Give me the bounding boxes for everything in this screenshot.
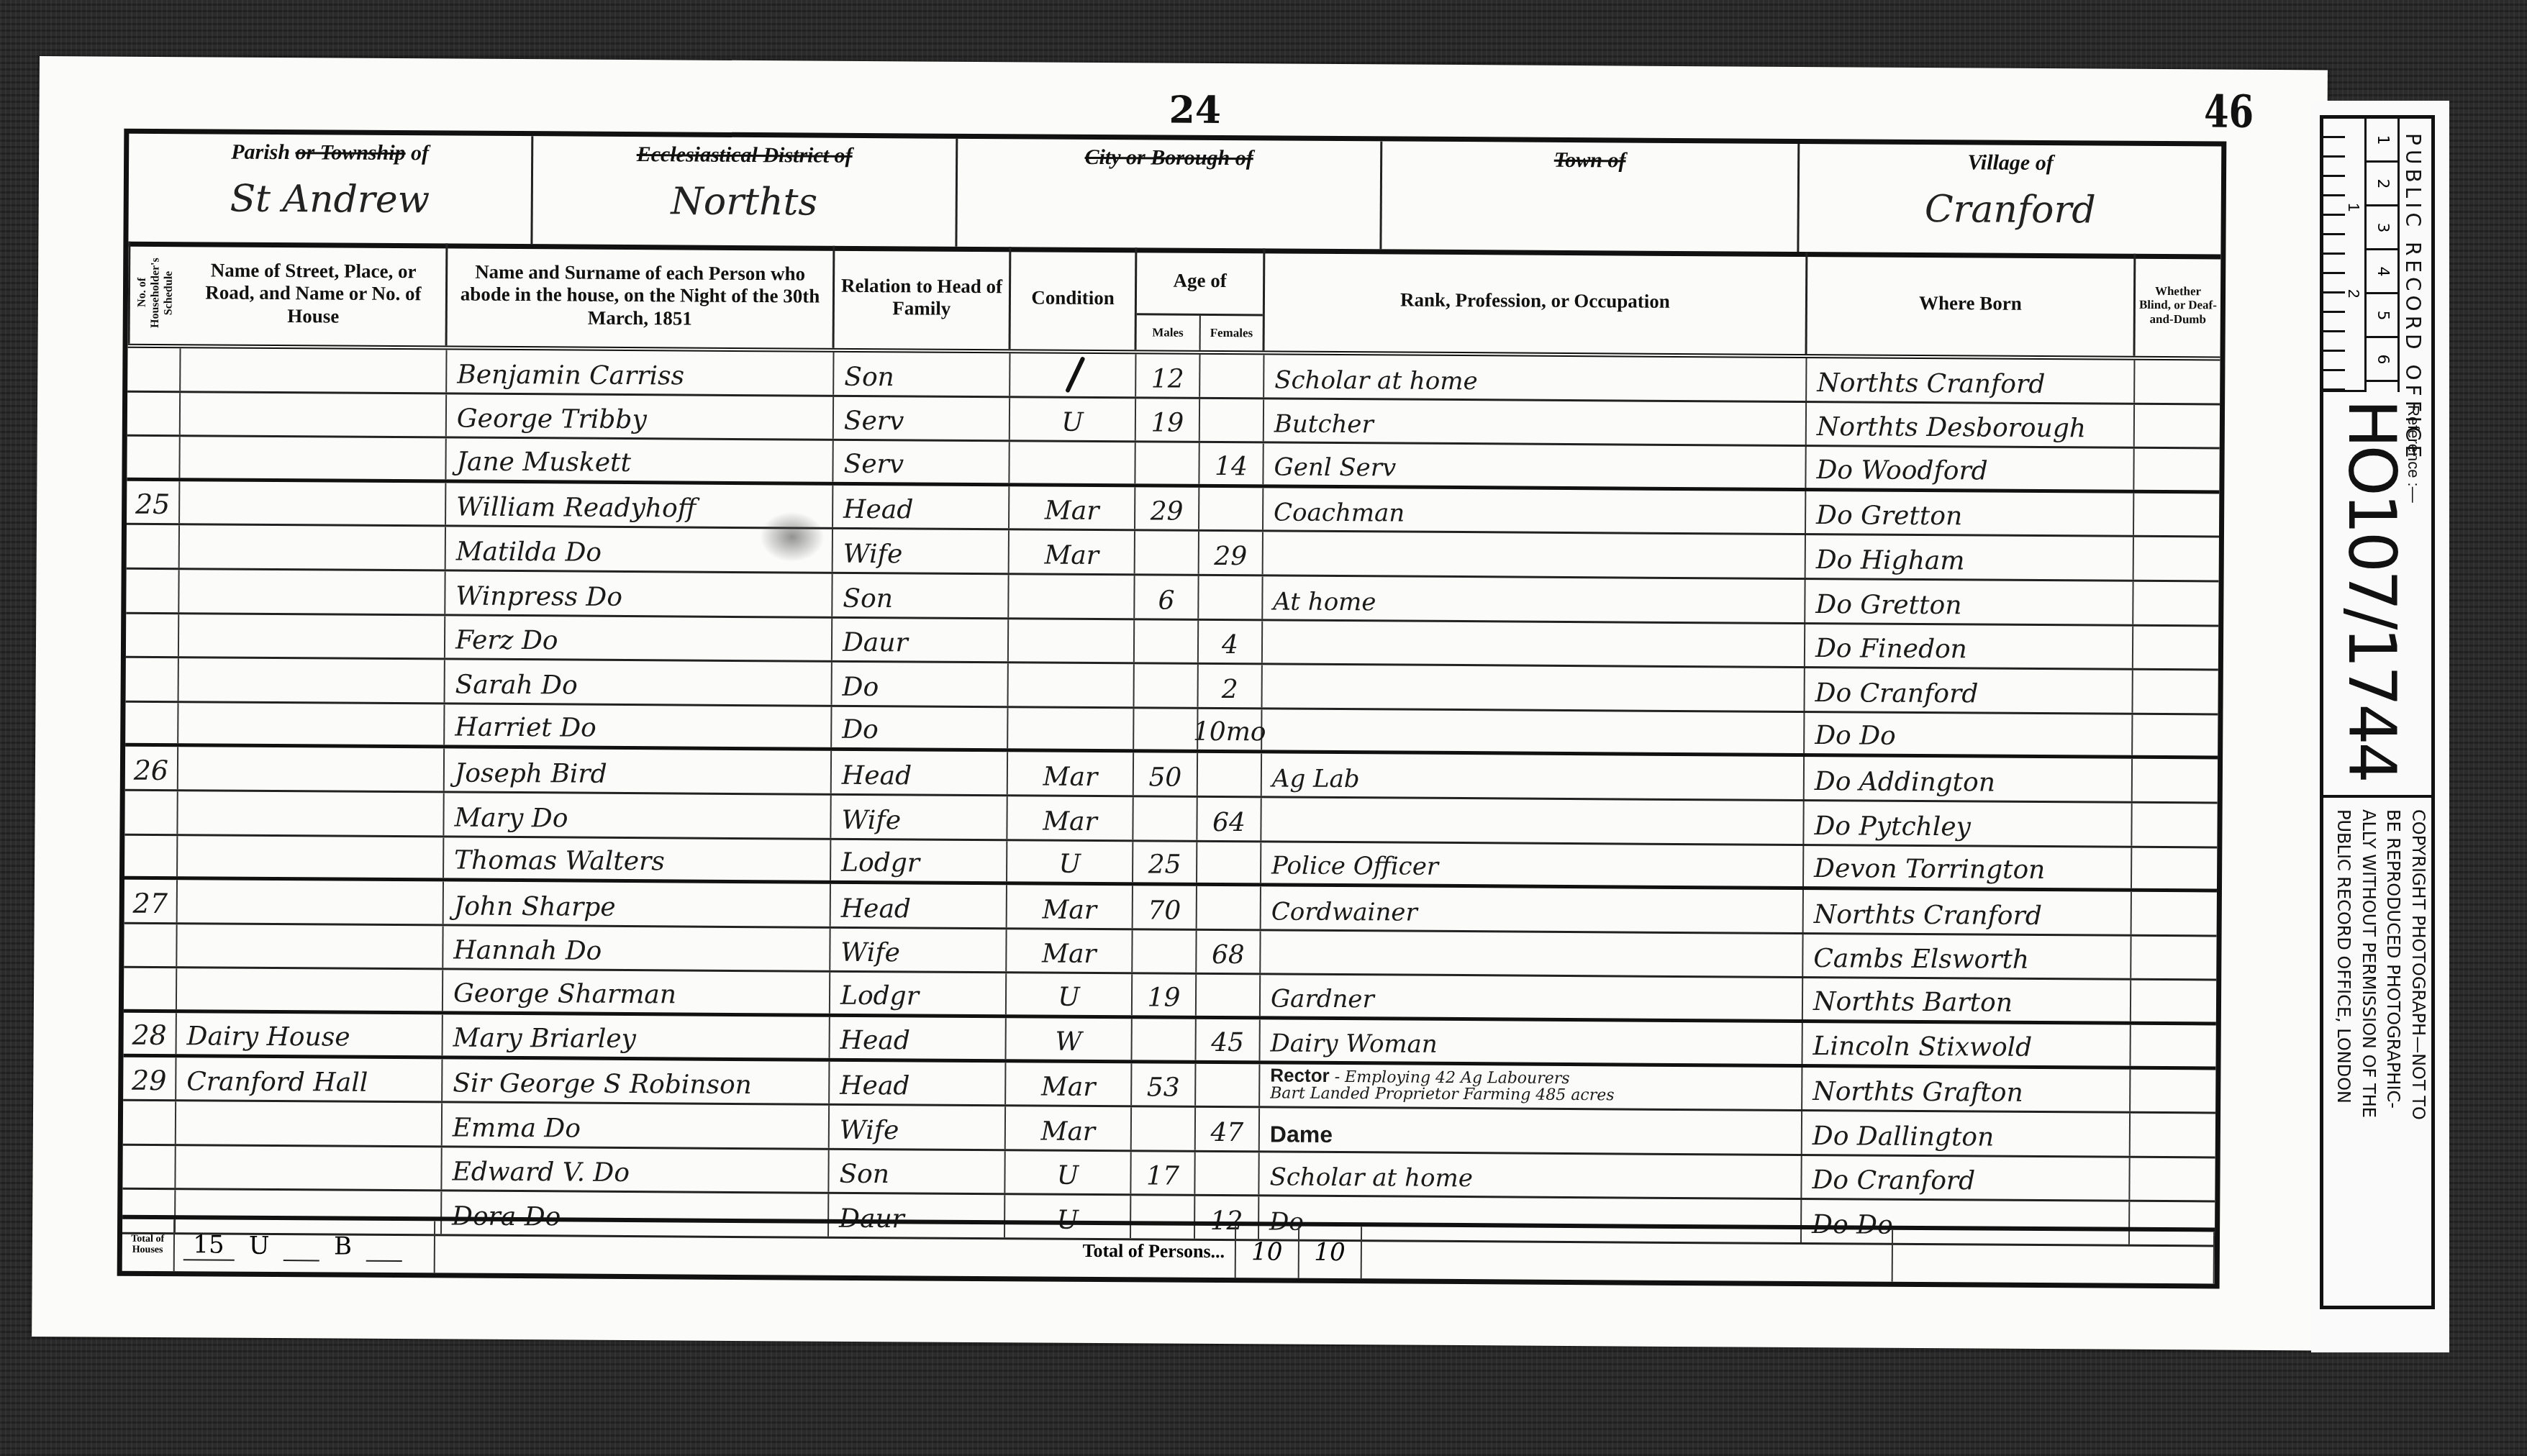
where-born-cell: Lincoln Stixwold (1802, 1023, 2131, 1065)
blind-cell (2133, 670, 2218, 713)
ink-smudge (760, 511, 825, 563)
male-age (1132, 1107, 1196, 1150)
village-value: Cranford (1800, 187, 2221, 233)
person-name: Jane Muskett (446, 439, 833, 482)
census-page: 24 46 Parish or Township of St Andrew Ec… (32, 56, 2328, 1350)
person-name: George Sharman (443, 970, 830, 1014)
person-name: George Tribby (447, 394, 834, 439)
blind-cell (2134, 537, 2219, 580)
occupation-cell: At home (1263, 576, 1805, 622)
occupation-cell: Butcher (1264, 399, 1807, 445)
where-born-cell: Northts Cranford (1804, 890, 2132, 934)
street-cell: Dairy House (177, 1013, 443, 1055)
village-cell: Village of Cranford (1799, 144, 2221, 255)
female-age: 2 (1199, 665, 1263, 707)
where-born-cell: Do Do (1805, 713, 2133, 755)
blind-cell (2133, 715, 2218, 756)
blind-cell (2134, 449, 2219, 490)
male-age: 53 (1132, 1063, 1196, 1106)
condition-cell (1009, 575, 1135, 618)
census-rows: Benjamin CarrissSon12Scholar at homeNort… (122, 348, 2220, 1247)
street-cell (177, 969, 443, 1011)
occupation-cell (1263, 532, 1806, 578)
reference-value: HO107/1744 (2333, 399, 2409, 781)
person-name: John Sharpe (444, 882, 831, 927)
public-record-office-label: 1 2 1 2 3 4 5 6 PUBLIC RECORD OFFICE Ref… (2311, 101, 2449, 1352)
where-born-cell: Do Cranford (1805, 668, 2133, 712)
relation-cell: Head (831, 884, 1007, 927)
male-age (1133, 797, 1197, 840)
condition-cell (1008, 708, 1134, 750)
schedule-cell: 26 (125, 747, 178, 789)
location-header: Parish or Township of St Andrew Ecclesia… (128, 134, 2221, 260)
male-age (1133, 1019, 1197, 1060)
occupation-cell: Scholar at home (1259, 1152, 1802, 1198)
person-name: Sarah Do (445, 660, 832, 705)
street-cell (180, 437, 446, 479)
street-cell (181, 393, 447, 437)
where-born-cell: Cambs Elsworth (1803, 934, 2131, 978)
schedule-cell: 27 (124, 880, 178, 922)
occupation-cell: Rector - Employing 42 Ag LabourersBart L… (1260, 1064, 1802, 1109)
town-cell: Town of (1382, 141, 1800, 252)
female-age: 10mo (1198, 709, 1262, 750)
where-born-cell: Do Gretton (1806, 491, 2134, 535)
blind-cell (2131, 937, 2216, 979)
scale-numbers: 1 2 3 4 5 6 (2367, 119, 2400, 392)
male-age (1135, 443, 1199, 484)
street-cell (180, 481, 446, 525)
street-cell (179, 614, 445, 658)
where-born-cell: Do Higham (1806, 535, 2134, 579)
male-age (1133, 930, 1197, 973)
reference-box: Reference :— HO107/1744 (2323, 392, 2431, 798)
where-born-cell: Do Cranford (1802, 1156, 2130, 1200)
schedule-cell (127, 525, 180, 568)
person-name: Joseph Bird (445, 749, 832, 793)
relation-cell: Serv (833, 441, 1010, 483)
female-age: 64 (1197, 798, 1261, 840)
col-name: Name and Surname of each Person who abod… (448, 243, 835, 347)
female-age: 68 (1197, 931, 1261, 973)
occupation-cell (1263, 665, 1805, 711)
col-street: Name of Street, Place, or Road, and Name… (181, 242, 448, 345)
totals-row: Total of Houses 15 U B Total of Persons.… (122, 1215, 2215, 1284)
schedule-cell (124, 968, 177, 1009)
street-cell (176, 1101, 443, 1145)
schedule-cell (124, 835, 178, 876)
female-age (1200, 399, 1264, 441)
where-born-cell: Do Woodford (1806, 447, 2134, 489)
total-persons-label: Total of Persons... (435, 1221, 1236, 1278)
schedule-cell (127, 392, 181, 434)
schedule-cell (122, 1145, 176, 1188)
person-name: Sir George S Robinson (443, 1059, 830, 1104)
schedule-cell (125, 702, 178, 743)
occupation-cell: Genl Serv (1263, 444, 1806, 488)
census-form: Parish or Township of St Andrew Ecclesia… (117, 129, 2227, 1289)
female-age: 47 (1196, 1108, 1260, 1150)
schedule-cell (124, 791, 178, 834)
col-blind: Whether Blind, or Deaf-and-Dumb (2136, 254, 2221, 357)
occupation-cell: Police Officer (1261, 842, 1804, 886)
city-borough-cell: City or Borough of (957, 139, 1382, 250)
blind-cell (2130, 1157, 2215, 1200)
col-age: Age of MalesFemales (1137, 247, 1266, 350)
street-cell (178, 747, 445, 791)
col-schedule: No. of Householder's Schedule (128, 242, 182, 344)
parish-value: St Andrew (129, 177, 531, 222)
occupation-cell: Ag Lab (1262, 754, 1805, 799)
female-age (1199, 488, 1263, 530)
where-born-cell: Northts Desborough (1807, 403, 2135, 447)
relation-cell: Lodgr (831, 840, 1007, 881)
schedule-cell (127, 437, 180, 478)
blind-cell (2134, 493, 2219, 536)
occupation-cell: Gardner (1261, 975, 1803, 1019)
female-age: 45 (1197, 1019, 1261, 1060)
female-age (1197, 886, 1261, 929)
female-age: 14 (1199, 443, 1263, 484)
person-name: Thomas Walters (444, 837, 831, 881)
page-number-center: 24 (1169, 88, 1221, 132)
street-cell: Cranford Hall (176, 1057, 443, 1101)
occupation-cell: Cordwainer (1261, 887, 1804, 932)
male-age: 12 (1136, 354, 1200, 396)
where-born-cell: Do Gretton (1805, 580, 2133, 624)
relation-cell: Head (830, 1017, 1007, 1059)
relation-cell: Wife (830, 1106, 1006, 1149)
blind-cell (2133, 759, 2218, 801)
female-age (1195, 1152, 1259, 1195)
blind-cell (2132, 804, 2217, 846)
male-age: 19 (1133, 975, 1197, 1016)
person-name: Hannah Do (443, 926, 830, 970)
condition-cell: U (1005, 1151, 1131, 1194)
where-born-cell: Devon Torrington (1804, 846, 2132, 888)
folio-number: 46 (2204, 85, 2254, 137)
relation-cell: Wife (833, 529, 1010, 573)
schedule-cell (126, 658, 179, 701)
where-born-cell: Do Finedon (1805, 624, 2133, 668)
condition-cell: W (1007, 1018, 1133, 1060)
person-name: Emma Do (443, 1104, 830, 1148)
person-name: Benjamin Carriss (447, 350, 834, 394)
male-age (1135, 532, 1199, 574)
condition-cell: Mar (1010, 486, 1135, 529)
blind-cell (2132, 847, 2217, 888)
female-age: 29 (1199, 532, 1263, 574)
street-cell (178, 703, 445, 745)
where-born-cell: Do Dallington (1802, 1111, 2131, 1155)
male-age: 29 (1135, 487, 1199, 529)
person-name: Ferz Do (445, 616, 832, 660)
relation-cell: Son (832, 574, 1009, 617)
tick-mark-icon (1065, 356, 1086, 393)
schedule-cell (124, 924, 177, 966)
male-age: 19 (1136, 399, 1200, 441)
total-females: 10 (1299, 1227, 1362, 1279)
column-headers: No. of Householder's Schedule Name of St… (128, 242, 2221, 361)
street-cell (178, 880, 444, 924)
blind-cell (2131, 980, 2216, 1022)
relation-cell: Head (832, 751, 1008, 794)
relation-cell: Lodgr (830, 973, 1007, 1014)
condition-cell (1009, 663, 1135, 706)
where-born-cell: Northts Cranford (1807, 358, 2135, 402)
street-cell (180, 526, 446, 570)
scale-ruler: 1 2 (2323, 119, 2367, 392)
parish-cell: Parish or Township of St Andrew (128, 134, 533, 244)
condition-cell: U (1007, 841, 1133, 883)
condition-cell: Mar (1010, 531, 1135, 574)
person-name: Winpress Do (445, 571, 832, 616)
street-cell (181, 348, 447, 392)
blind-cell (2135, 360, 2220, 403)
where-born-cell: Northts Grafton (1802, 1067, 2131, 1111)
schedule-cell (126, 570, 179, 612)
male-age (1135, 664, 1199, 706)
female-age (1199, 576, 1263, 619)
col-where-born: Where Born (1807, 252, 2136, 356)
male-age (1134, 709, 1198, 750)
person-name: Harriet Do (445, 704, 832, 747)
street-cell (178, 791, 444, 835)
condition-cell: U (1007, 974, 1133, 1016)
occupation-cell (1263, 621, 1805, 666)
male-age (1135, 620, 1199, 663)
condition-cell: Mar (1007, 885, 1133, 928)
condition-cell: Mar (1008, 752, 1134, 796)
relation-cell: Wife (831, 796, 1007, 839)
male-age: 6 (1135, 575, 1199, 618)
female-age (1200, 355, 1264, 397)
blind-cell (2131, 1069, 2215, 1111)
schedule-cell: 28 (124, 1013, 177, 1054)
occupation-cell: Dame (1260, 1108, 1802, 1153)
schedule-cell: 29 (123, 1057, 176, 1099)
occupation-cell (1261, 798, 1804, 843)
relation-cell: Do (832, 706, 1008, 748)
occupation-cell: Scholar at home (1264, 355, 1807, 400)
person-name: Mary Briarley (443, 1014, 830, 1057)
female-age (1196, 1063, 1260, 1106)
condition-cell (1010, 442, 1135, 483)
occupation-cell: Dairy Woman (1261, 1019, 1803, 1063)
condition-cell (1010, 353, 1136, 396)
where-born-cell: Do Pytchley (1804, 801, 2132, 845)
schedule-cell (126, 614, 179, 656)
relation-cell: Head (830, 1061, 1006, 1104)
occupation-cell (1261, 931, 1803, 976)
relation-cell: Son (834, 352, 1010, 396)
total-houses-label: Total of Houses (122, 1219, 175, 1271)
where-born-cell: Do Addington (1805, 757, 2133, 801)
street-cell (176, 1146, 442, 1190)
relation-cell: Serv (834, 396, 1010, 440)
female-age (1197, 975, 1261, 1016)
condition-cell: Mar (1006, 1063, 1132, 1106)
street-cell (178, 836, 444, 878)
male-age: 70 (1133, 886, 1197, 928)
relation-cell: Head (833, 486, 1010, 529)
condition-cell: U (1010, 398, 1136, 441)
blind-cell (2132, 892, 2217, 934)
blind-cell (2133, 626, 2218, 668)
female-age: 4 (1199, 620, 1263, 663)
district-value: Northts (533, 179, 956, 225)
total-males: 10 (1236, 1226, 1299, 1278)
blind-cell (2135, 404, 2220, 447)
total-houses: 15 U B (174, 1219, 435, 1273)
blind-cell (2131, 1114, 2215, 1156)
relation-cell: Wife (830, 928, 1007, 971)
ecclesiastical-district-cell: Ecclesiastical District of Northts (532, 136, 958, 247)
male-age: 25 (1133, 842, 1197, 883)
blind-cell (2131, 1025, 2215, 1066)
col-occupation: Rank, Profession, or Occupation (1265, 248, 1808, 354)
male-age: 50 (1134, 753, 1198, 796)
street-cell (179, 658, 445, 702)
col-relation: Relation to Head of Family (835, 246, 1012, 349)
blind-cell (2133, 582, 2218, 624)
relation-cell: Do (832, 663, 1009, 706)
condition-cell: Mar (1007, 929, 1133, 973)
condition-cell (1009, 619, 1135, 663)
occupation-cell (1262, 709, 1805, 753)
occupation-cell: Coachman (1263, 488, 1806, 533)
relation-cell: Daur (832, 618, 1009, 661)
male-age: 17 (1131, 1152, 1195, 1194)
col-condition: Condition (1011, 247, 1138, 350)
person-name: Mary Do (444, 793, 831, 837)
condition-cell: Mar (1007, 796, 1133, 840)
where-born-cell: Northts Barton (1803, 978, 2131, 1021)
person-name: Edward V. Do (442, 1147, 829, 1192)
schedule-cell (127, 348, 181, 391)
female-age (1197, 842, 1261, 883)
street-cell (177, 924, 443, 968)
street-cell (179, 570, 445, 614)
copyright-notice: COPYRIGHT PHOTOGRAPH—NOT TO BE REPRODUCE… (2331, 809, 2431, 1120)
schedule-cell (123, 1101, 176, 1144)
schedule-cell: 25 (127, 481, 180, 524)
relation-cell: Son (829, 1150, 1005, 1193)
condition-cell: Mar (1006, 1106, 1132, 1150)
female-age (1198, 753, 1262, 796)
